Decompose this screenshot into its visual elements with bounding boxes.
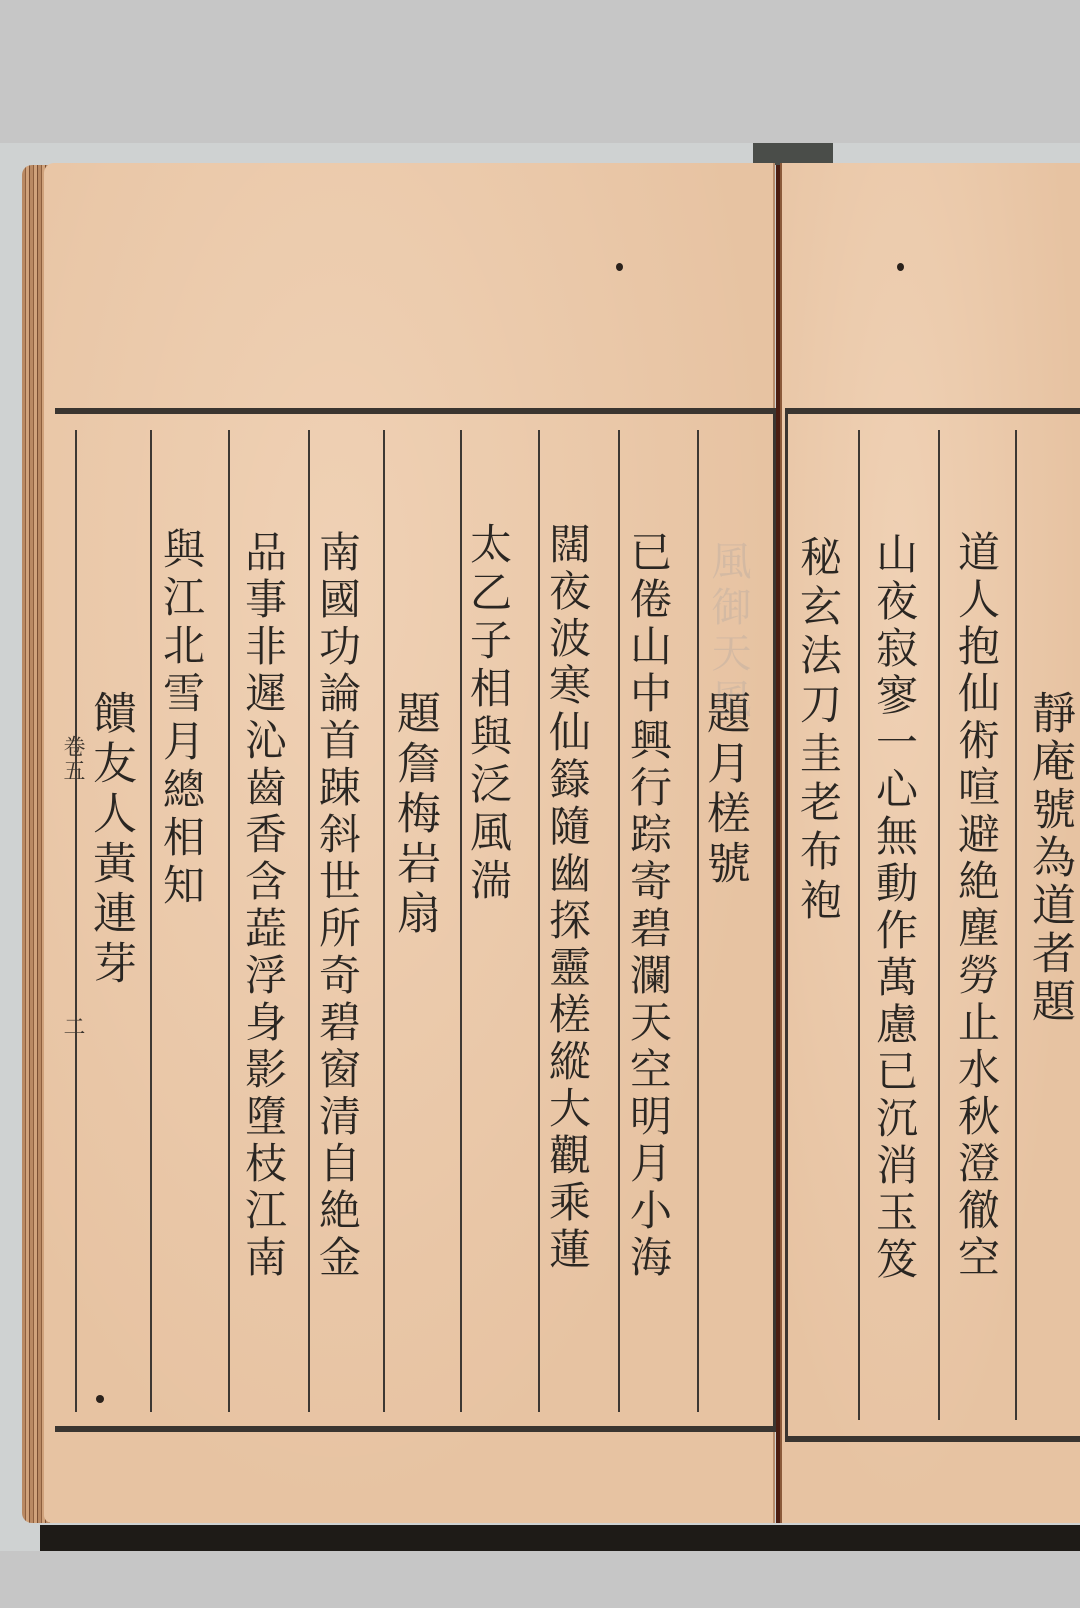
column-rule xyxy=(538,430,540,1412)
verse-column: 太乙子相與泛風湍 xyxy=(467,522,509,906)
verse-column: 與江北雪月總相知 xyxy=(160,527,202,911)
verse-column: 山夜寂寥一心無動作萬慮已沉消玉笈 xyxy=(873,532,915,1284)
poem-title: 題詹梅岩扇 xyxy=(392,690,436,940)
column-rule xyxy=(858,430,860,1420)
verse-column: 闊夜波寒仙籙隨幽探靈槎縱大觀乘蓮 xyxy=(546,522,588,1274)
chapter-marker: 卷五 xyxy=(57,735,88,783)
book-shadow xyxy=(40,1525,1080,1551)
poem-title: 靜庵號為道者題 xyxy=(1027,690,1071,1026)
column-rule xyxy=(460,430,462,1412)
wormhole-mark xyxy=(897,263,904,271)
poem-title: 饋友人黃連芽 xyxy=(88,690,132,990)
column-rule xyxy=(308,430,310,1412)
column-rule xyxy=(228,430,230,1412)
folio-number: 二 xyxy=(57,1015,88,1037)
verse-column: 秘玄法刀圭老布袍 xyxy=(797,535,839,927)
verse-column: 品事非遲沁齒香含蕋浮身影墮枝江南 xyxy=(242,530,284,1282)
verse-column: 已倦山中興行踪寄碧瀾天空明月小海 xyxy=(627,530,669,1282)
column-rule xyxy=(938,430,940,1420)
column-rule xyxy=(697,430,699,1412)
wormhole-mark xyxy=(616,263,623,271)
column-rule xyxy=(383,430,385,1412)
gutter-shadow xyxy=(753,143,833,165)
bleed-through-text: 風御天風 xyxy=(700,540,757,724)
column-rule xyxy=(150,430,152,1412)
column-rule xyxy=(1015,430,1017,1420)
column-rule xyxy=(75,430,77,1412)
column-rule xyxy=(618,430,620,1412)
verse-column: 道人抱仙術喧避絶塵勞止水秋澄徹空 xyxy=(955,530,997,1282)
verse-column: 南國功論首踈斜世所奇碧窗清自絶金 xyxy=(316,530,358,1282)
